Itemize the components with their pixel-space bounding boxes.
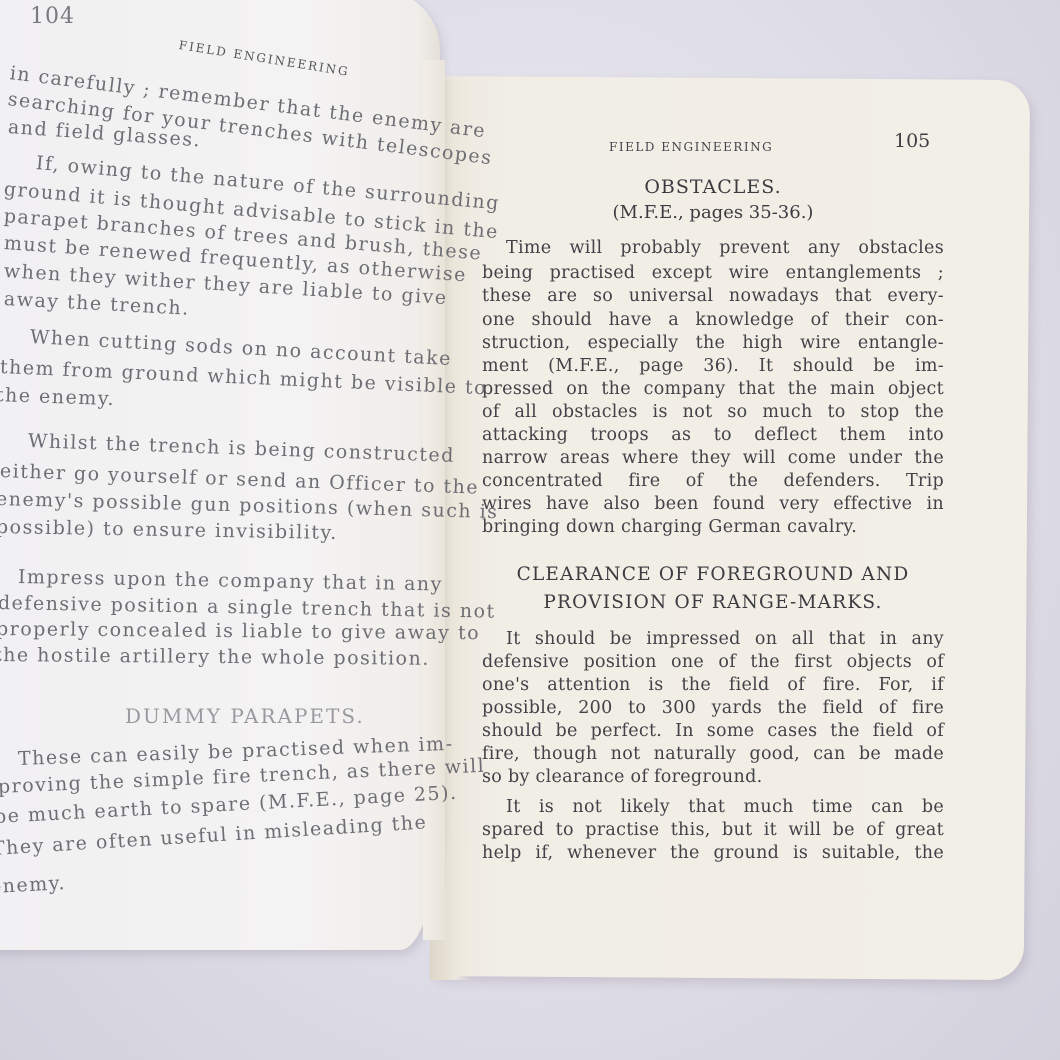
text-line: help if, whenever the ground is suitable…: [482, 843, 944, 863]
text-line: concentrated fire of the defenders. Trip: [482, 471, 944, 491]
text-line: ment (M.F.E., page 36). It should be im-: [482, 356, 944, 376]
running-header-right: FIELD ENGINEERING: [609, 140, 773, 154]
text-line: so by clearance of foreground.: [482, 767, 944, 787]
section-title-clearance-line1: CLEARANCE OF FOREGROUND AND: [482, 564, 944, 585]
section-title-dummy-parapets: DUMMY PARAPETS.: [125, 704, 365, 728]
text-line: one should have a knowledge of their con…: [482, 310, 944, 330]
text-line: the hostile artillery the whole position…: [0, 644, 430, 670]
text-line: enemy.: [0, 872, 66, 898]
text-line: these are so universal nowadays that eve…: [482, 286, 944, 306]
text-line: attacking troops as to deflect them into: [482, 425, 944, 445]
text-line: defensive position one of the first obje…: [482, 652, 944, 672]
text-line: struction, especially the high wire enta…: [482, 333, 944, 353]
text-line: one's attention is the field of fire. Fo…: [482, 675, 944, 695]
text-line: spared to practise this, but it will be …: [482, 820, 944, 840]
text-line: should be perfect. In some cases the fie…: [482, 721, 944, 741]
section-title-obstacles: OBSTACLES.: [482, 176, 944, 198]
section-reference-obstacles: (M.F.E., pages 35-36.): [482, 202, 944, 223]
text-line: It is not likely that much time can be: [482, 797, 944, 817]
section-title-clearance-line2: PROVISION OF RANGE-MARKS.: [482, 592, 944, 613]
photo-scene: FIELD ENGINEERING 105 OBSTACLES. (M.F.E.…: [0, 0, 1060, 1060]
text-line: possible, 200 to 300 yards the field of …: [482, 698, 944, 718]
text-line: being practised except wire entanglement…: [482, 263, 944, 283]
text-line: of all obstacles is not so much to stop …: [482, 402, 944, 422]
text-line: Time will probably prevent any obstacles: [482, 238, 944, 258]
text-line: the enemy.: [0, 384, 115, 410]
text-line: pressed on the company that the main obj…: [482, 379, 944, 399]
text-line: bringing down charging German cavalry.: [482, 517, 944, 537]
page-number-left: 104: [30, 4, 75, 29]
text-line: narrow areas where they will come under …: [482, 448, 944, 468]
page-number-right: 105: [894, 130, 930, 152]
text-line: fire, though not naturally good, can be …: [482, 744, 944, 764]
text-line: properly concealed is liable to give awa…: [0, 618, 480, 644]
text-line: wires have also been found very effectiv…: [482, 494, 944, 514]
text-line: It should be impressed on all that in an…: [482, 629, 944, 649]
